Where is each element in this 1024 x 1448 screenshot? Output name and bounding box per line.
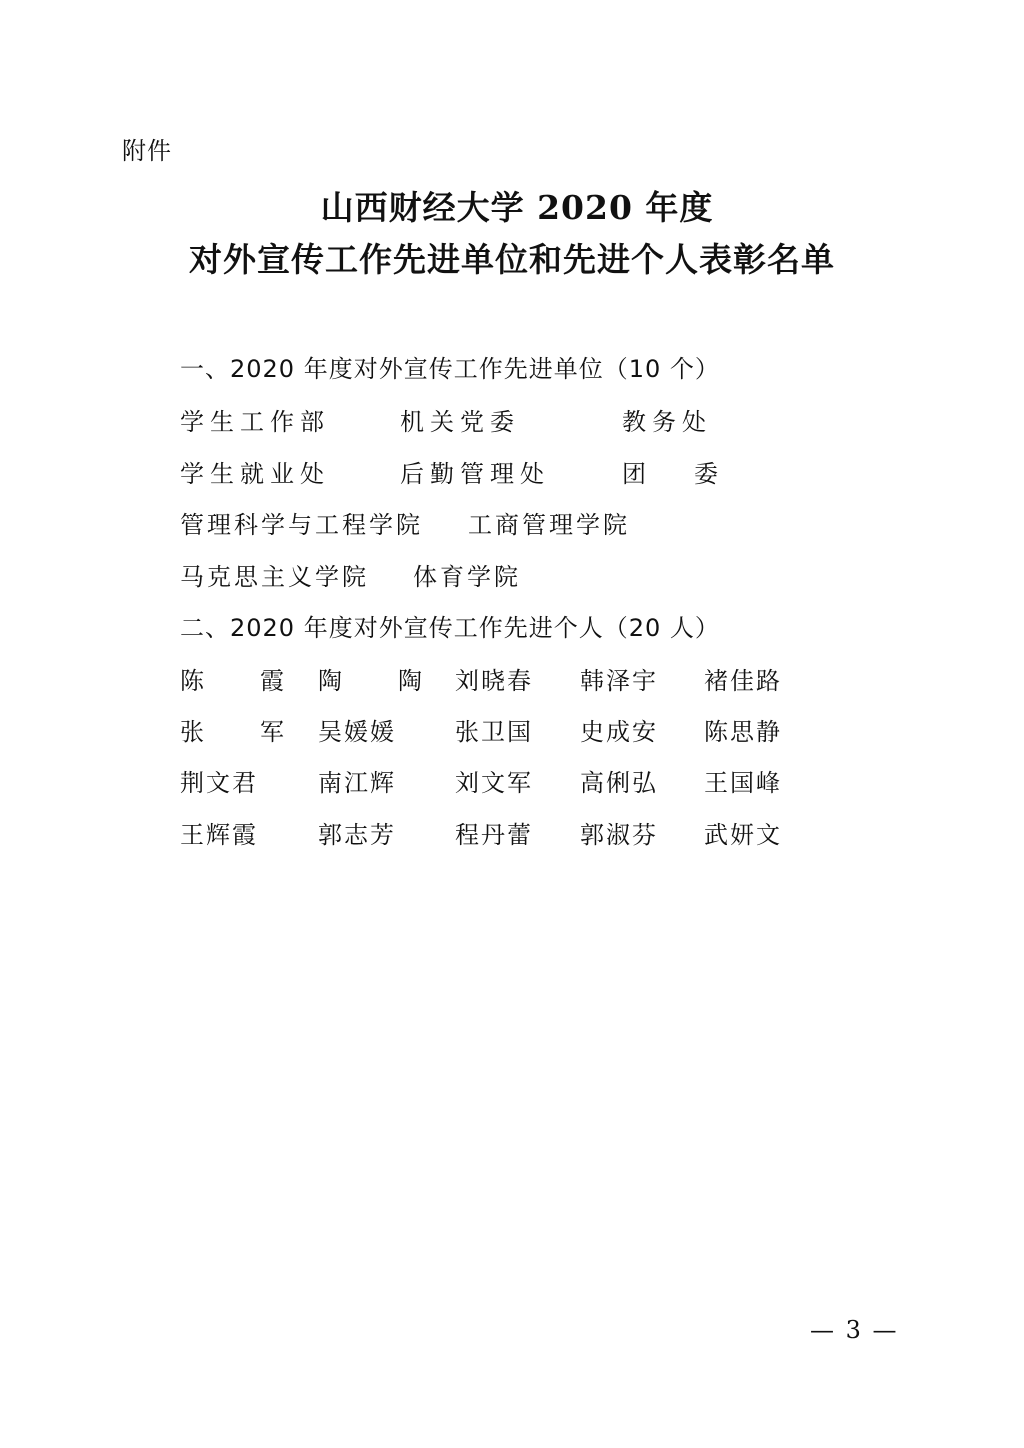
- person-name: 南江辉: [318, 765, 396, 801]
- document-page: 附件 山西财经大学 2020 年度 对外宣传工作先进单位和先进个人表彰名单 一、…: [0, 0, 1024, 1448]
- unit-name: 机关党委: [400, 404, 520, 440]
- person-name: 张 军: [180, 714, 300, 750]
- unit-name: 后勤管理处: [400, 456, 550, 492]
- attachment-label: 附件: [122, 134, 172, 168]
- unit-name: 体育学院: [413, 559, 521, 595]
- person-name: 吴媛媛: [318, 714, 396, 750]
- unit-name: 马克思主义学院: [180, 559, 369, 595]
- page-number: — 3 —: [810, 1314, 899, 1346]
- person-name: 褚佳路: [704, 663, 782, 699]
- unit-name: 团 委: [622, 456, 730, 492]
- document-title-line-1: 山西财经大学 2020 年度: [0, 186, 1024, 230]
- unit-name: 学生就业处: [180, 456, 330, 492]
- document-title-line-2: 对外宣传工作先进单位和先进个人表彰名单: [0, 238, 1024, 282]
- person-name: 史成安: [580, 714, 658, 750]
- person-name: 郭志芳: [318, 817, 396, 853]
- unit-name: 管理科学与工程学院: [180, 507, 423, 543]
- person-name: 程丹蕾: [455, 817, 533, 853]
- person-name: 王国峰: [704, 765, 782, 801]
- person-name: 王辉霞: [180, 817, 258, 853]
- unit-name: 教务处: [622, 404, 712, 440]
- section-heading-advanced-units: 一、2020 年度对外宣传工作先进单位（10 个）: [180, 352, 720, 386]
- person-name: 刘晓春: [455, 663, 533, 699]
- unit-name: 工商管理学院: [468, 507, 630, 543]
- person-name: 陶 陶: [318, 663, 438, 699]
- person-name: 陈 霞: [180, 663, 300, 699]
- unit-name: 学生工作部: [180, 404, 330, 440]
- person-name: 武妍文: [704, 817, 782, 853]
- person-name: 陈思静: [704, 714, 782, 750]
- person-name: 韩泽宇: [580, 663, 658, 699]
- person-name: 张卫国: [455, 714, 533, 750]
- person-name: 高俐弘: [580, 765, 658, 801]
- person-name: 郭淑芬: [580, 817, 658, 853]
- person-name: 刘文军: [455, 765, 533, 801]
- section-heading-advanced-individuals: 二、2020 年度对外宣传工作先进个人（20 人）: [180, 611, 720, 645]
- person-name: 荆文君: [180, 765, 258, 801]
